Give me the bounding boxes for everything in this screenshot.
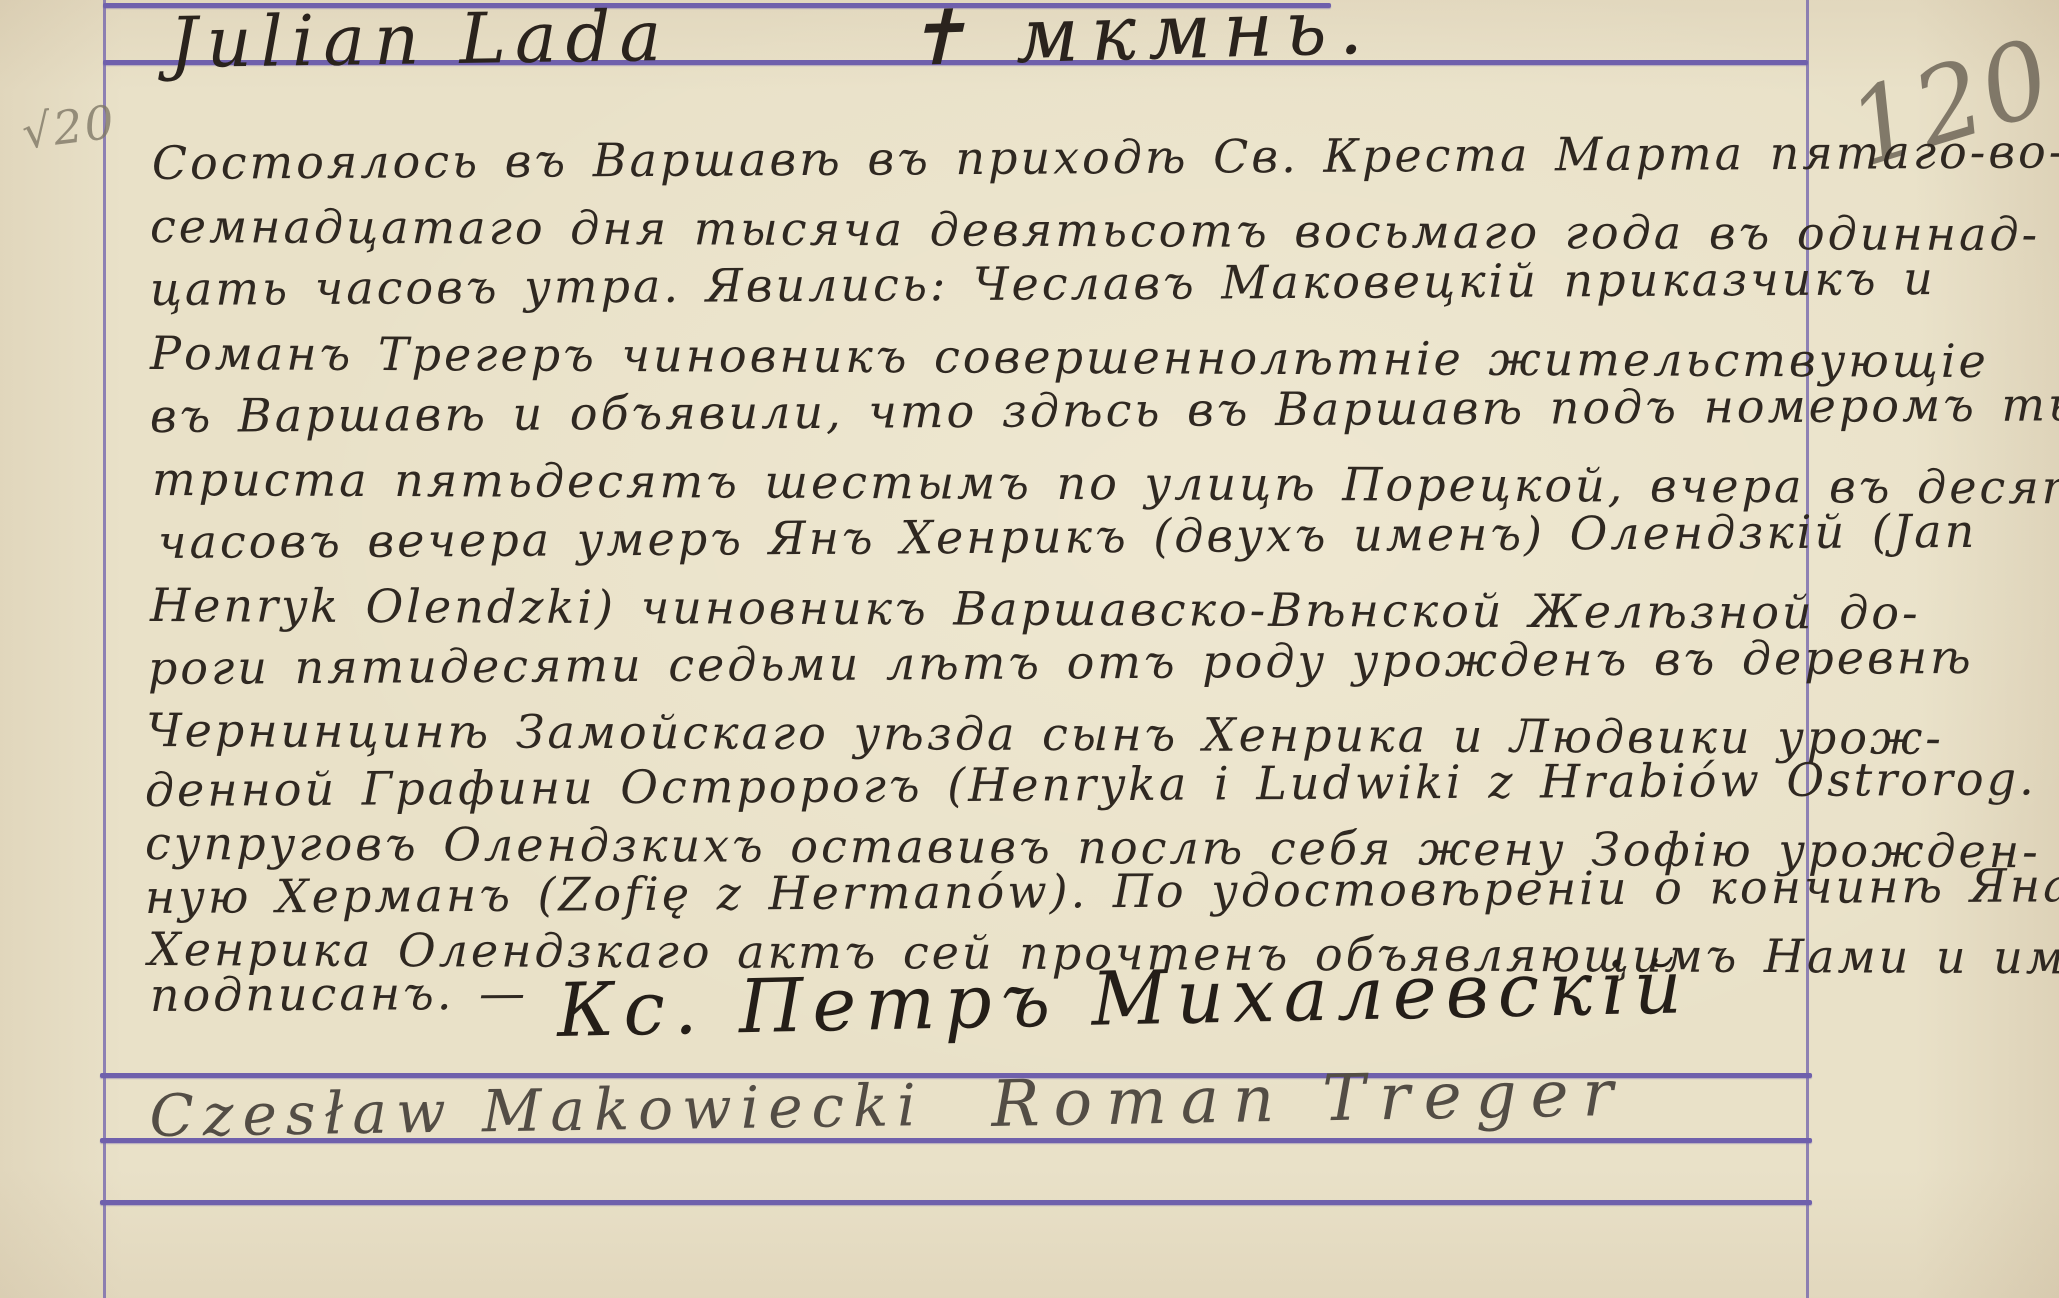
- record-text-line: роги пятидесяти седьми лѣтъ отъ роду уро…: [148, 634, 1974, 691]
- death-cross-annotation: ✝ мкмнь.: [903, 0, 1376, 83]
- record-text-line: въ Варшавѣ и объявили, что здѣсь въ Варш…: [150, 380, 2059, 439]
- record-text-line: ную Херманъ (Zofię z Hermanów). По удост…: [145, 862, 2059, 920]
- record-text-line: денной Графини Остророгъ (Henryka i Ludw…: [145, 755, 2037, 813]
- record-text-line: семнадцатаго дня тысяча девятьсотъ восьм…: [150, 203, 2040, 257]
- witness-signature-treger: Roman Treger: [991, 1057, 1628, 1142]
- record-text-line: триста пятьдесятъ шестымъ по улицѣ Порец…: [152, 456, 2059, 511]
- record-text-line: подписанъ. —: [150, 970, 528, 1018]
- record-name-header: Julian Lada: [169, 0, 671, 84]
- record-text-line: Henryk Olendzki) чиновникъ Варшавско-Вѣн…: [150, 582, 1921, 636]
- left-margin-line: [103, 0, 106, 1298]
- margin-pencil-mark: √20: [19, 94, 119, 159]
- document-page: 120 √20 Julian Lada ✝ мкмнь. Состоялось …: [0, 0, 2059, 1298]
- witness-signature-makowiecki: Czesław Makowiecki: [149, 1071, 925, 1150]
- record-text-line: цать часовъ утра. Явились: Чеславъ Маков…: [150, 255, 1936, 312]
- record-text-line: Состоялось въ Варшавѣ въ приходѣ Св. Кре…: [152, 128, 2059, 186]
- ruled-line-bottom: [100, 1200, 1812, 1205]
- record-text-line: Романъ Трегеръ чиновникъ совершеннолѣтні…: [150, 330, 1989, 384]
- record-text-line: часовъ вечера умеръ Янъ Хенрикъ (двухъ и…: [158, 508, 1978, 565]
